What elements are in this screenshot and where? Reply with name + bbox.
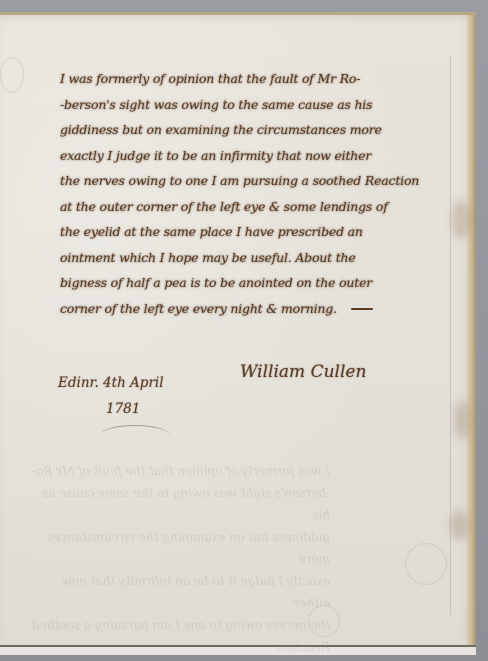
signature: William Cullen — [240, 362, 366, 382]
binding-line — [0, 645, 476, 647]
letter-line: I was formerly of opinion that the fault… — [60, 66, 430, 92]
letter-line: ointment which I hope may be useful. Abo… — [60, 245, 430, 271]
letter-line-last: corner of the left eye every night & mor… — [60, 296, 430, 322]
letter-line: -berson's sight was owing to the same ca… — [60, 92, 430, 118]
ink-bleed-through: I was formerly of opinion that the fault… — [30, 460, 330, 580]
year-text: 1781 — [58, 396, 164, 422]
pen-flourish — [100, 425, 170, 446]
page-edge — [466, 15, 476, 655]
seal-impression — [405, 543, 447, 585]
place-and-date: Edinr. 4th April 1781 — [58, 370, 164, 422]
letter-line: bigness of half a pea is to be anointed … — [60, 270, 430, 296]
letter-line: exactly I judge it to be an infirmity th… — [60, 143, 430, 169]
letter-line: giddiness but on examining the circumsta… — [60, 117, 430, 143]
foxing-stain — [450, 510, 468, 540]
letter-line: the nerves owing to one I am pursuing a … — [60, 168, 430, 194]
seal-impression — [0, 57, 24, 93]
letter-body: I was formerly of opinion that the fault… — [60, 66, 430, 321]
letter-line: at the outer corner of the left eye & so… — [60, 194, 430, 220]
letter-line: the eyelid at the same place I have pres… — [60, 219, 430, 245]
page-bottom-edge — [0, 647, 476, 655]
place-date-text: Edinr. 4th April — [58, 375, 164, 391]
foxing-stain — [452, 200, 470, 240]
foxing-stain — [454, 400, 470, 440]
closing-dash — [351, 308, 373, 310]
